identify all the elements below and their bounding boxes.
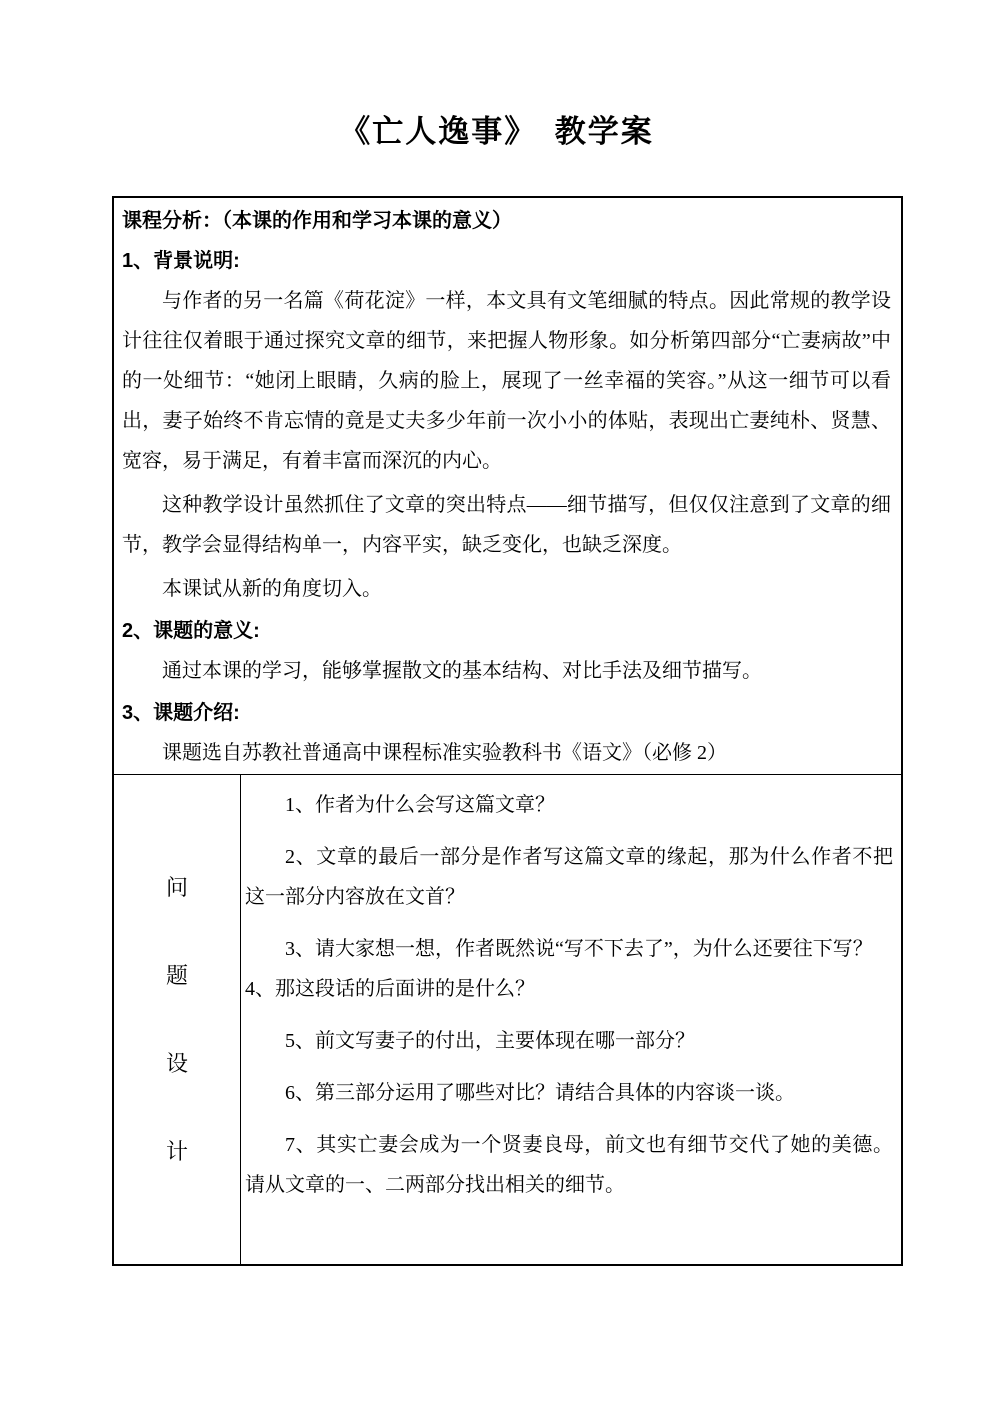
question-3: 3、请大家想一想，作者既然说“写不下去了”，为什么还要往下写？ bbox=[245, 929, 893, 969]
lesson-plan-table: 课程分析：（本课的作用和学习本课的意义） 1、背景说明: 与作者的另一名篇《荷花… bbox=[112, 196, 903, 1266]
question-1: 1、作者为什么会写这篇文章？ bbox=[245, 785, 893, 825]
question-7: 7、其实亡妻会成为一个贤妻良母，前文也有细节交代了她的美德。请从文章的一、二两部… bbox=[245, 1125, 893, 1205]
document-page: 《亡人逸事》 教学案 课程分析：（本课的作用和学习本课的意义） 1、背景说明: … bbox=[0, 0, 993, 1404]
row-header-char-3: 设 bbox=[166, 1053, 188, 1075]
questions-row-header: 问 题 设 计 bbox=[114, 775, 241, 1264]
row-header-char-2: 题 bbox=[166, 965, 188, 987]
questions-cell: 1、作者为什么会写这篇文章？ 2、文章的最后一部分是作者写这篇文章的缘起，那为什… bbox=[241, 775, 901, 1264]
topic-intro-section-label: 3、课题介绍: bbox=[122, 695, 891, 731]
row-header-char-4: 计 bbox=[166, 1141, 188, 1163]
background-paragraph-2: 这种教学设计虽然抓住了文章的突出特点——细节描写，但仅仅注意到了文章的细节，教学… bbox=[122, 485, 891, 565]
course-analysis-cell: 课程分析：（本课的作用和学习本课的意义） 1、背景说明: 与作者的另一名篇《荷花… bbox=[114, 198, 901, 774]
question-5: 5、前文写妻子的付出，主要体现在哪一部分？ bbox=[245, 1021, 893, 1061]
background-paragraph-1: 与作者的另一名篇《荷花淀》一样，本文具有文笔细腻的特点。因此常规的教学设计往往仅… bbox=[122, 281, 891, 481]
question-4: 4、那这段话的后面讲的是什么？ bbox=[245, 969, 893, 1009]
topic-intro-paragraph: 课题选自苏教社普通高中课程标准实验教科书《语文》（必修 2） bbox=[122, 733, 891, 773]
course-analysis-heading: 课程分析：（本课的作用和学习本课的意义） bbox=[122, 203, 891, 239]
row-header-char-1: 问 bbox=[166, 877, 188, 899]
question-6: 6、第三部分运用了哪些对比？请结合具体的内容谈一谈。 bbox=[245, 1073, 893, 1113]
question-2: 2、文章的最后一部分是作者写这篇文章的缘起，那为什么作者不把这一部分内容放在文首… bbox=[245, 837, 893, 917]
topic-meaning-paragraph: 通过本课的学习，能够掌握散文的基本结构、对比手法及细节描写。 bbox=[122, 651, 891, 691]
topic-meaning-section-label: 2、课题的意义: bbox=[122, 613, 891, 649]
document-title: 《亡人逸事》 教学案 bbox=[0, 106, 993, 151]
background-paragraph-3: 本课试从新的角度切入。 bbox=[122, 569, 891, 609]
background-section-label: 1、背景说明: bbox=[122, 243, 891, 279]
questions-row: 问 题 设 计 1、作者为什么会写这篇文章？ 2、文章的最后一部分是作者写这篇文… bbox=[114, 774, 901, 1264]
